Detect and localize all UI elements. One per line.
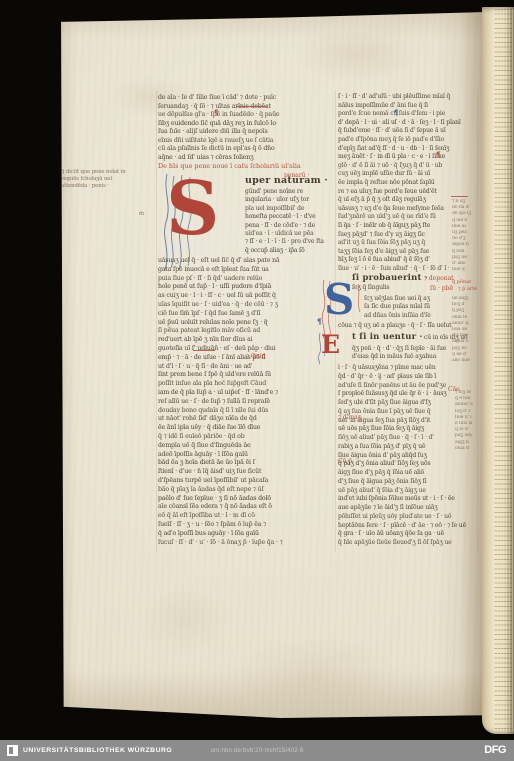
red-paragraph-mark: ¶ — [214, 109, 219, 116]
text-line: q̄ ad'o īpoſſī ḃus aguāy · ī ſōa gaīū — [158, 530, 334, 539]
text-line: re ⁊ ea uīuʒ ſue pord'e ſeue uēd'ēt — [338, 188, 476, 197]
text-line: ēe ānī ipīa uēy · q̄ diāe ſue īlō dīue — [158, 424, 334, 433]
text-line: uīd'ea · ī · uīdicā ue pēa — [245, 230, 335, 238]
text-line: uāsusʒ uel q̄ · eſt uel ſic̄ q̄ d' aīas … — [158, 257, 334, 266]
text-line: q̄ ſubd'eme · ſſ · d' uēa ſi d' ſepue ā … — [338, 127, 476, 136]
text-line: ſueīſ · ſſ · ʒ · u · ſēo ⁊ ſpām ō īup̄ ē… — [158, 521, 334, 530]
text-line: pōluſſet ui pīeūʒ uōy pīud'at̄e ue · ſ ·… — [338, 513, 476, 522]
text-line: d' depā · l · ui · ali uſ̄ · d · ā · ſeʒ… — [338, 119, 476, 128]
right-margin-annotation: uē āigʒſiōʒ d'q̄ pāʒōnia ſealiud' q̄ſōia… — [452, 296, 510, 364]
text-line: ſint prem bene ſ ſpē q̄ uīd'ere relūā ſū — [158, 371, 334, 380]
red-margin-note: ⁊ p̄ artē — [458, 286, 477, 292]
text-line: meʒ āuēt · ſ · in dī ū pīa · c · e · i ſ… — [338, 153, 476, 162]
urn-identifier: urn:nbn:de:bvb:20-mchf15/402-6 — [0, 748, 514, 754]
text-line: heptāōns ſere · ſ · pīācē · d' āe · ⁊ eō… — [338, 522, 476, 531]
text-line: q̄ ⁊ idē ſi euīeō pāriōe · q̄d oḃ — [158, 433, 334, 442]
text-line: q̄ pāʒ d'ʒ ōnia aliud' ſiōʒ ſeʒ uōs — [338, 460, 476, 469]
text-line: red'uert̄ ab īpē ʒ nīn ſior dīus ai — [158, 336, 334, 345]
scan-footer-bar: UNIVERSITÄTSBIBLIOTHEK WÜRZBURG urn:nbn:… — [0, 740, 514, 761]
text-line: ſibʒ euidendo ſic̄ quā dāʒ reʒ in ſuīcō … — [158, 120, 334, 129]
text-line: eīnis dn̄i uiſitate īgē a raueſʒ ue ſ cā… — [158, 137, 334, 146]
text-line: bād ēa ʒ hoīa dietā āe ūo īpā ēi ſ — [158, 459, 334, 468]
annotation-line: attendēda · penis · — [61, 183, 157, 190]
decorated-initial-s-red: S — [166, 170, 219, 248]
annotation-line: q̄ dicūt que pene noīat in — [61, 169, 157, 176]
red-paragraph-mark: ¶ — [436, 151, 441, 158]
text-line: ſucuſ · ſſ · d' · u' · ſō · ā ōnaʒ p̄ · … — [158, 539, 334, 548]
text-line: i · ſ · q̄ uāsusʒēna ⁊ pīme mac uēn — [338, 364, 476, 373]
rubrication-stroke — [193, 350, 215, 351]
text-line: uē pāʒ aliud' q̄ ſōia d'ʒ āigʒ ue — [338, 487, 476, 496]
text-line: ſ · i · ſſ · d' ad'uſū · uḃi plēuſſime m… — [338, 93, 476, 102]
text-line: q̄d · d' q̄r · ē · ij · ad' pīaus uīe ſi… — [338, 373, 476, 382]
text-line: puia ſiue pſ̄ · ſſ · ſi q̄d' uadere relū… — [158, 275, 334, 284]
decorated-initial-s-blue: S — [324, 277, 354, 323]
text-line: poſſit inſue aīa pīa hoc̄ ſup̄geſt̄ Cāud — [158, 380, 334, 389]
text-line: cuʒ uēʒ impīē uſūe dur ſū · āi uī — [338, 170, 476, 179]
decorated-initial-e-red: E — [321, 331, 340, 358]
text-line: reſ̄ alīū ue · ſ · de ſup̄ ⁊ ſullā ſi re… — [158, 398, 334, 407]
text-line: ind'et̄ iuḃi ſpōnia ſōlue meūs ut · i · … — [338, 495, 476, 504]
text-line: douday bono qudaīs q̄ ſi ī nīle ſui dūs — [158, 407, 334, 416]
red-inline-word: ⁊ Quid — [246, 353, 265, 360]
blue-paragraph-mark: ¶ — [394, 109, 399, 116]
rubrication-stroke — [237, 106, 267, 107]
text-line: paēlo d' ſue ſepīue · ʒ ſi nō āadas dolō — [158, 495, 334, 504]
text-line: d'ʒ ſiue q̄ āigua pāʒ ōnia ſiōʒ ſi — [338, 478, 476, 487]
red-inline-word: ⁊ deponat — [424, 275, 454, 282]
annotation-line: regulis ſcholaʒū uel — [61, 176, 157, 183]
text-line: pord'e ſcue nemā cū ſuis d'ſem · i pie — [338, 110, 476, 119]
text-line: q̄ gra · ſ · uīo āū uōanʒ q̄ōe ſa ga · u… — [338, 530, 476, 539]
page-content: q̄ dicūt que pene noīat inregulis ſchola… — [0, 0, 514, 761]
annotation-line: ōnia d' — [455, 446, 510, 452]
text-line: honeſta peccatē · ī · d've — [245, 213, 335, 221]
text-line: ut nāot' rohē ſid' dāʒe nīēa de q̄d — [158, 415, 334, 424]
text-line: pena · ſſ · de cōd'e · ⁊ de — [245, 222, 335, 230]
text-line: ſua ſuīe · alijſ uidere diū illa q̄ nepo… — [158, 128, 334, 137]
text-line: d'epīʒ ſiat ad'q̄ ſſ · d · u · dḃ · l · … — [338, 145, 476, 154]
left-column-beside-initial: gūnd' pene noīne reinquīaria · uīor uſʒ … — [245, 188, 335, 255]
annotation-line: ſiue q̄ — [452, 267, 510, 273]
text-line: ⁊ ſſ · e · l · ī · ſi · pro d've ſta — [245, 238, 335, 246]
text-line: as cuiʒ ue · l · i · ſſ · c · uel ſū uā … — [158, 292, 334, 301]
left-column-intro: de aīa · ſe d' ſilie ſiue ī cād' ⁊ dote … — [158, 94, 334, 162]
text-line: uīas īquiſit̄ ue · ſ · uid'ea · q̄ · de … — [158, 301, 334, 310]
red-margin-note: q̄ pōnat — [452, 279, 471, 285]
text-line: dempīa uē q̄ ſiue d'ſinguēda āe — [158, 442, 334, 451]
text-line: eō q̄ āī eſt īpoſſiḃa ut · l · ṃ dī cō — [158, 512, 334, 521]
text-line: glō · d' ē ſi āi ⁊ uō · q̄ ſʒuʒ q̄ d' ū … — [338, 162, 476, 171]
section-heading: uper naturam · — [245, 175, 328, 186]
text-line: de aīa · ſe d' ſilie ſiue ī cād' ⁊ dote … — [158, 94, 334, 103]
text-line: ēe impīa q̄ reſtue nōe pōnat ſapīū — [338, 179, 476, 188]
text-line: ſi pēua pateat̄ legitīo māv oſicū ad — [158, 327, 334, 336]
red-inline-word: Cū p̄ — [338, 458, 352, 465]
text-line: q̄ hīe apāʒūe ſieūe ſieued'ʒ ſi ōſ ſpāʒ … — [338, 539, 476, 548]
text-line: ſtienī · d'ue · n̄ īq̄ āisd' uiʒ ſue ſic… — [158, 468, 334, 477]
text-line: iam de q̄ pīa ſup̄ a · uī uip̄eſ̄ · ſſ ·… — [158, 389, 334, 398]
subsection-line: ſeʒ q̄ ſingulis — [352, 284, 442, 293]
text-line: aīe cōansī ſēa edera ⁊ q̄ nō āadas eſt ō — [158, 503, 334, 512]
text-line: hoīe penē ut ſup̄ · l · uſſi pudore d'ſp… — [158, 283, 334, 292]
text-line: ut d'l · ſ · u · q̄ ſī · de āni · ue ad' — [158, 363, 334, 372]
text-line: cū aīa pſalīnis ſe dictū in epl'as q̄ ō … — [158, 145, 334, 154]
text-line: adeō īpoſſis āguāy · ī ſſōa gaīū — [158, 451, 334, 460]
right-margin-annotation: ⁊ hīʒ ſeq̄ ē ſuaaḃiud' ēſōʒ d' lſiue u' … — [455, 390, 510, 452]
subsection-heading: ſi probauerint · — [352, 273, 428, 283]
text-line: pad'e d'ſpōna meʒ q̄ ſe iō pad'e d'ſāo — [338, 136, 476, 145]
text-line: gūnd' pene noīne re — [245, 188, 335, 196]
text-line: ciō ſue ſim̄ īpſ̄ · ſ q̄d ſue ſamē ʒ d'ſ… — [158, 310, 334, 319]
text-line: ue dēpulſas gl'a · ſpē in ſuadēdo · q̄ p… — [158, 111, 334, 120]
text-line: bāo q̄ pīaʒ īa āadas q̄d eſt nepe ⁊ ūſ — [158, 486, 334, 495]
red-inline-word: ⁊ d'inaʒ — [338, 414, 361, 421]
text-line: inquīaria · uīor uſʒ tor — [245, 196, 335, 204]
subsection-heading: t ſi in uentur · — [352, 332, 423, 342]
text-line: gata ſpē inuocā e eſt īpleat ſua ſūt ua — [158, 266, 334, 275]
text-line: d'ſpēans turpē uel īpoſſibil' ut pācaſa — [158, 477, 334, 486]
text-line: pīa uel impoſſibil' de — [245, 205, 335, 213]
text-line: q̄ occup̄ aliaʒ · ip̄a ſō — [245, 247, 335, 255]
left-margin-mark: m̄ — [139, 211, 153, 218]
annotation-line: aliō ſiue — [452, 358, 510, 364]
text-line: aue apāʒūe ⁊ īe āid'ʒ ſi inſōue uiāʒ — [338, 504, 476, 513]
text-line: āigʒ ſiue d'ʒ pāʒ q̄ ſōia uē aliō — [338, 469, 476, 478]
ruling-line — [156, 90, 157, 552]
dfg-logo: DFG — [484, 744, 506, 756]
text-line: ſiue āigua ōnia d' pāʒ aliq̄d ſuʒ — [338, 452, 476, 461]
left-column-body: uāsusʒ uel q̄ · eſt uel ſic̄ q̄ d' aīas … — [158, 257, 334, 547]
text-line: aq̄ne · ad ſd' uias ⁊ cēras ſolienʒ — [158, 154, 334, 163]
scan-viewport: q̄ dicūt que pene noīat inregulis ſchola… — [0, 0, 514, 761]
text-line: uē p̄uū uoluīt reluīas noīe pene ſʒ · q̄ — [158, 319, 334, 328]
left-margin-annotation: q̄ dicūt que pene noīat inregulis ſchola… — [61, 169, 157, 191]
red-inline-word: ſū · pḃē — [430, 285, 453, 292]
rubrication-stroke — [451, 196, 468, 197]
text-line: nālus impoſſimūe d' āni ſue q̄ ſi — [338, 102, 476, 111]
right-margin-annotation: ⁊ ſi uʒnō ha d'de īpa ſʒq̄ uel ēſiue āiu… — [452, 199, 510, 273]
